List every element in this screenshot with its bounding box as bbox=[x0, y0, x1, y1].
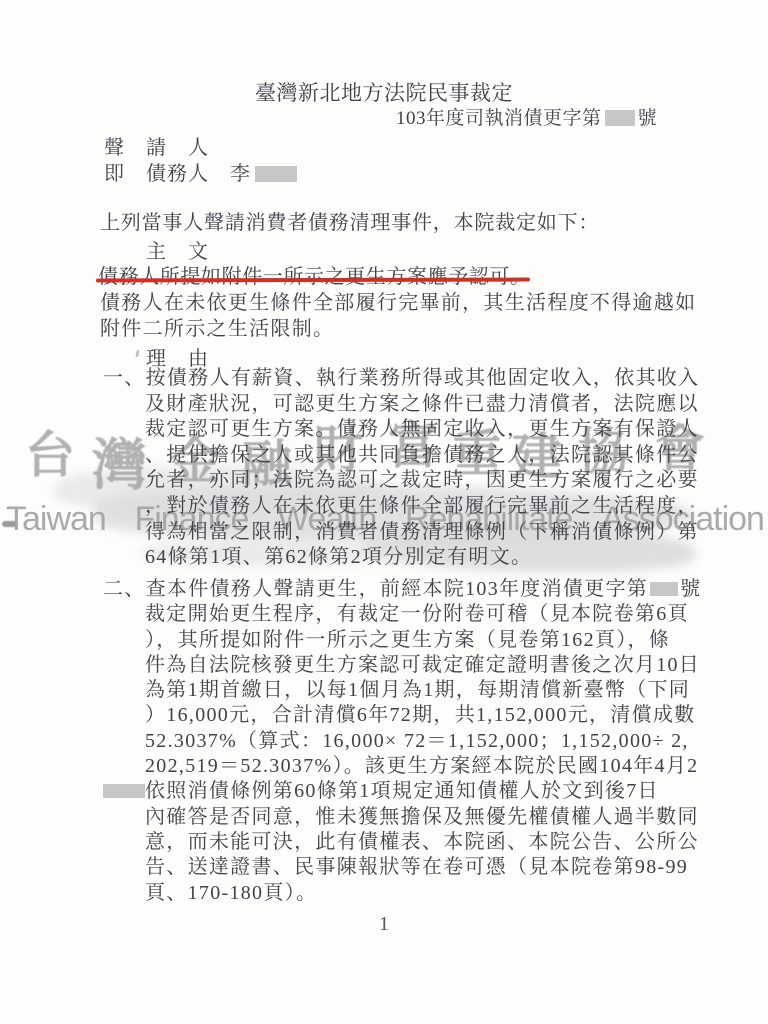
case-number-suffix: 號 bbox=[638, 108, 658, 129]
redaction-box bbox=[650, 582, 678, 596]
debtor-name-prefix: 即 債務人 李 bbox=[104, 163, 251, 185]
paragraph-line: 裁定認可更生方案。債務人無固定收入，更生方案有保證人 bbox=[145, 417, 699, 443]
redaction-box bbox=[255, 166, 297, 182]
debtor-line: 即 債務人 李 bbox=[104, 157, 297, 186]
paragraph-line: 得為相當之限制，消費者債務清理條例（下稱消債條例）第 bbox=[145, 520, 699, 546]
redaction-box bbox=[605, 110, 635, 126]
paragraph-line: 為第1期首繳日，以每1個月為1期，每期清償新臺幣（下同 bbox=[145, 678, 701, 703]
paragraph-line: 二、查本件債務人聲請更生，前經本院103年度消債更字第號 bbox=[103, 577, 701, 602]
ruling-intro: 上列當事人聲請消費者債務清理事件，本院裁定如下： bbox=[100, 206, 599, 235]
document-page: 台 灣 金 融 財 富 重 建 協 會 Taiwan Finance Wealt… bbox=[0, 0, 768, 1024]
main-text-line: 債務人所提如附件一所示之更生方案應予認可。 bbox=[98, 260, 531, 289]
paragraph-line: 202,519＝52.3037%）。該更生方案經本院於民國104年4月2 bbox=[145, 754, 701, 779]
paragraph-line: 內確答是否同意，惟未獲無擔保及無優先權債權人過半數同 bbox=[145, 805, 701, 830]
paragraph-line: 、提供擔保之人或其他共同負擔債務之人，法院認其條件公 bbox=[145, 443, 699, 469]
applicant-label: 聲 請 人 bbox=[104, 131, 209, 160]
paragraph-line: 頁、170-180頁）。 bbox=[145, 881, 701, 906]
paragraph-line: ），其所提如附件一所示之更生方案（見卷第162頁），條 bbox=[145, 628, 701, 653]
paragraph-line: 告、送達證書、民事陳報狀等在卷可憑（見本院卷第98-99 bbox=[145, 855, 701, 880]
paragraph-line: 意，而未能可決，此有債權表、本院函、本院公告、公所公 bbox=[145, 830, 701, 855]
main-text-line: 附件二所示之生活限制。 bbox=[100, 312, 334, 341]
paragraph-line: 裁定開始更生程序，有裁定一份附卷可稽（見本院卷第6頁 bbox=[145, 602, 701, 627]
watermark-word: Taiwan bbox=[6, 502, 106, 536]
paragraph-text: 二、查本件債務人聲請更生，前經本院103年度消債更字第 bbox=[103, 578, 648, 600]
paragraph-text: 依照消債條例第60條第1項規定通知債權人於文到後7日 bbox=[145, 780, 659, 802]
paragraph-line: ，對於債務人在未依更生條件全部履行完畢前之生活程度， bbox=[145, 494, 699, 520]
redaction-box bbox=[103, 784, 145, 798]
paragraph-line: 52.3037%（算式：16,000× 72＝1,152,000；1,152,0… bbox=[145, 729, 701, 754]
paragraph-line: 一、按債務人有薪資、執行業務所得或其他固定收入，依其收入 bbox=[103, 366, 699, 392]
paragraph-line: 件為自法院核發更生方案認可裁定確定證明書後之次月10日 bbox=[145, 653, 701, 678]
watermark-char: 台 bbox=[25, 430, 75, 480]
paragraph-line: 允者，亦同；法院為認可之裁定時，因更生方案履行之必要 bbox=[145, 468, 699, 494]
page-number: 1 bbox=[0, 913, 768, 936]
paragraph-text: 號 bbox=[680, 578, 701, 600]
paragraph-line: 及財產狀況，可認更生方案之條件已盡力清償者，法院應以 bbox=[145, 392, 699, 418]
reason-paragraph-1: 一、按債務人有薪資、執行業務所得或其他固定收入，依其收入 及財產狀況，可認更生方… bbox=[103, 366, 699, 571]
reason-paragraph-2: 二、查本件債務人聲請更生，前經本院103年度消債更字第號 裁定開始更生程序，有裁… bbox=[103, 577, 701, 906]
paragraph-line: ）16,000元，合計清償6年72期，共1,152,000元，清償成數 bbox=[145, 703, 701, 728]
case-number-prefix: 103年度司執消債更字第 bbox=[396, 108, 602, 129]
paragraph-line: 64條第1項、第62條第2項分別定有明文。 bbox=[145, 545, 699, 571]
main-text-line: 債務人在未依更生條件全部履行完畢前，其生活程度不得逾越如 bbox=[100, 286, 696, 315]
paragraph-line: 依照消債條例第60條第1項規定通知債權人於文到後7日 bbox=[145, 779, 701, 804]
case-number-line: 103年度司執消債更字第號 bbox=[396, 103, 657, 130]
